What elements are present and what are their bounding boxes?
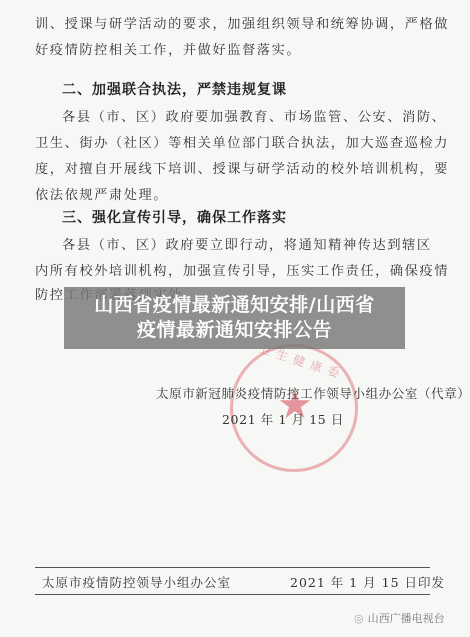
footer-rule-top [35, 567, 430, 568]
overlay-title-line-1: 山西省疫情最新通知安排/山西省 [94, 293, 374, 318]
document-page: 训、授课与研学活动的要求，加强组织领导和统筹协调，严格做 好疫情防控相关工作，并… [0, 0, 470, 637]
footer-rule-bottom [35, 594, 430, 595]
signature-date: 2021 年 1 月 15 日 [222, 410, 344, 428]
body-text-line: 训、授课与研学活动的要求，加强组织领导和统筹协调，严格做 [35, 13, 435, 32]
official-seal: 卫生健康委 ★ [230, 344, 358, 472]
source-watermark: ◎ 山西广播电视台 [354, 610, 445, 626]
footer-issued-date: 2021 年 1 月 15 日印发 [290, 573, 445, 591]
signature-issuer: 太原市新冠肺炎疫情防控工作领导小组办公室（代章） [156, 384, 470, 402]
body-text-line: 内所有校外培训机构，加强宣传引导，压实工作责任，确保疫情 [35, 260, 435, 279]
body-text-line: 好疫情防控相关工作，并做好监督落实。 [35, 39, 435, 58]
wechat-icon: ◎ [354, 612, 364, 625]
footer-office: 太原市疫情防控领导小组办公室 [42, 573, 231, 591]
body-text-line: 度，对擅自开展线下培训、授课与研学活动的校外培训机构，要 [35, 158, 435, 177]
body-text-line: 依法依规严肃处理。 [35, 184, 435, 203]
title-overlay-banner: 山西省疫情最新通知安排/山西省 疫情最新通知安排公告 [64, 287, 405, 349]
body-text-line: 卫生、街办（社区）等相关单位部门联合执法，加大巡查巡检力 [35, 132, 435, 151]
section-heading-2: 二、加强联合执法，严禁违规复课 [62, 79, 287, 99]
body-text-line: 各县（市、区）政府要加强教育、市场监管、公安、消防、 [62, 106, 462, 125]
body-text-line: 各县（市、区）政府要立即行动，将通知精神传达到辖区 [62, 234, 462, 253]
section-heading-3: 三、强化宣传引导，确保工作落实 [62, 207, 287, 227]
watermark-text: 山西广播电视台 [368, 610, 445, 626]
overlay-title-line-2: 疫情最新通知安排公告 [137, 318, 332, 343]
